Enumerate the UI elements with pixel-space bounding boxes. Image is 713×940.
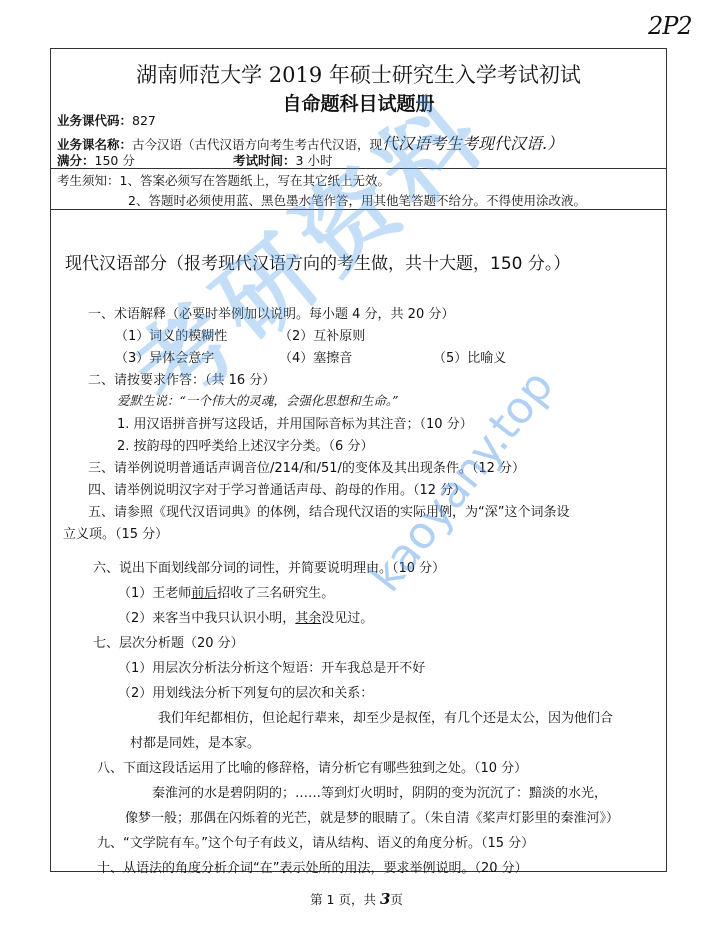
course-name-handwritten: 代汉语考生考现代汉语.）: [382, 134, 563, 153]
question-8-title: 八、下面这段话运用了比喻的修辞格，请分析它有哪些独到之处。（10 分）: [97, 757, 527, 776]
q7-item-1: （1）用层次分析法分析这个短语：开车我总是开不好: [118, 657, 425, 676]
question-1-title: 一、术语解释（必要时举例加以说明。每小题 4 分，共 20 分）: [88, 303, 454, 322]
q6-item-1-prefix: （1）王老师: [118, 586, 191, 601]
question-4-title: 四、请举例说明汉字对于学习普通话声母、韵母的作用。（12 分）: [88, 479, 466, 498]
course-name-label: 业务课名称：: [57, 137, 132, 152]
question-10-title: 十、从语法的角度分析介词“在”表示处所的用法，要求举例说明。（20 分）: [97, 857, 528, 876]
question-7-title: 七、层次分析题（20 分）: [93, 632, 244, 651]
question-5-title-line1: 五、请参照《现代汉语词典》的体例，结合现代汉语的实际用例，为“深”这个词条设: [88, 501, 569, 520]
question-6-title: 六、说出下面划线部分词的词性，并简要说明理由。（10 分）: [93, 557, 445, 576]
q6-item-2-underlined-word: 其余: [295, 611, 321, 626]
page-footer: 第 1 页，共 3页: [0, 890, 713, 908]
course-code-value: 827: [132, 113, 156, 128]
q6-item-1: （1）王老师前后招收了三名研究生。: [118, 582, 334, 601]
q6-item-1-suffix: 招收了三名研究生。: [217, 586, 334, 601]
q8-passage-line1: 秦淮河的水是碧阴阴的；……等到灯火明时，阴阴的变为沉沉了：黯淡的水光，: [152, 782, 607, 801]
q7-passage-line2: 村都是同姓，是本家。: [130, 732, 260, 751]
q6-item-2-suffix: 没见过。: [321, 611, 373, 626]
course-name-printed: 古今汉语（古代汉语方向考生考古代汉语，现: [132, 137, 382, 152]
notice-text: 1、答案必须写在答题纸上，写在其它纸上无效。: [120, 173, 390, 188]
page-number-prefix: 第 1 页，共: [310, 892, 380, 907]
section-title: 现代汉语部分（报考现代汉语方向的考生做，共十大题，150 分。）: [65, 249, 570, 274]
notice-item-1: 考生须知：1、答案必须写在答题纸上，写在其它纸上无效。: [57, 171, 390, 189]
q6-item-2-prefix: （2）来客当中我只认识小明，: [118, 611, 295, 626]
divider-line: [51, 168, 666, 169]
q2-item-2: 2. 按韵母的四呼类给上述汉字分类。（6 分）: [117, 435, 373, 454]
course-code-label: 业务课代码：: [57, 113, 132, 128]
page-number-suffix: 页: [390, 892, 403, 907]
exam-time-label: 考试时间：: [233, 153, 296, 168]
q1-item-5: （5）比喻义: [433, 347, 506, 366]
q7-passage-line1: 我们年纪都相仿，但论起行辈来，却至少是叔侄，有几个还是太公，因为他们合: [158, 707, 613, 726]
total-pages-handwritten: 3: [380, 890, 390, 908]
q1-item-3: （3）异体会意字: [115, 347, 214, 366]
q1-item-2: （2）互补原则: [279, 325, 365, 344]
full-score-label: 满分：: [57, 153, 95, 168]
score-time-row: 满分：150 分 考试时间：3 小时: [57, 151, 135, 169]
question-2-title: 二、请按要求作答：（共 16 分）: [88, 369, 275, 388]
notice-label: 考生须知：: [57, 173, 120, 188]
exam-time: 考试时间：3 小时: [233, 151, 332, 169]
question-5-title-line2: 立义项。（15 分）: [63, 523, 168, 542]
course-code-row: 业务课代码：827: [57, 111, 156, 129]
q2-quote: 爱默生说：“一个伟大的灵魂，会强化思想和生命。”: [117, 391, 399, 409]
divider-line: [51, 209, 666, 210]
exam-time-value: 3 小时: [296, 153, 333, 168]
q7-item-2: （2）用划线法分析下列复句的层次和关系：: [118, 682, 373, 701]
handwritten-page-note: 2P2: [648, 12, 692, 40]
exam-title: 湖南师范大学 2019 年硕士研究生入学考试初试: [51, 59, 666, 89]
question-3-title: 三、请举例说明普通话声调音位/214/和/51/的变体及其出现条件。（12 分）: [88, 457, 525, 476]
q2-item-1: 1. 用汉语拼音拼写这段话，并用国际音标为其注音；（10 分）: [117, 413, 473, 432]
full-score-value: 150 分: [95, 153, 135, 168]
q1-item-1: （1）词义的模糊性: [115, 325, 227, 344]
q6-item-1-underlined-word: 前后: [191, 586, 217, 601]
question-9-title: 九、“文学院有车。”这个句子有歧义，请从结构、语义的角度分析。（15 分）: [97, 832, 534, 851]
q6-item-2: （2）来客当中我只认识小明，其余没见过。: [118, 607, 373, 626]
q8-passage-line2: 像梦一般；那偶在闪烁着的光芒，就是梦的眼睛了。（朱自清《桨声灯影里的秦淮河》）: [125, 807, 619, 826]
notice-item-2: 2、答题时必须使用蓝、黑色墨水笔作答，用其他笔答题不给分。不得使用涂改液。: [128, 191, 586, 209]
q1-item-4: （4）塞擦音: [279, 347, 352, 366]
exam-paper-box: 湖南师范大学 2019 年硕士研究生入学考试初试 自命题科目试题册 业务课代码：…: [50, 48, 667, 872]
